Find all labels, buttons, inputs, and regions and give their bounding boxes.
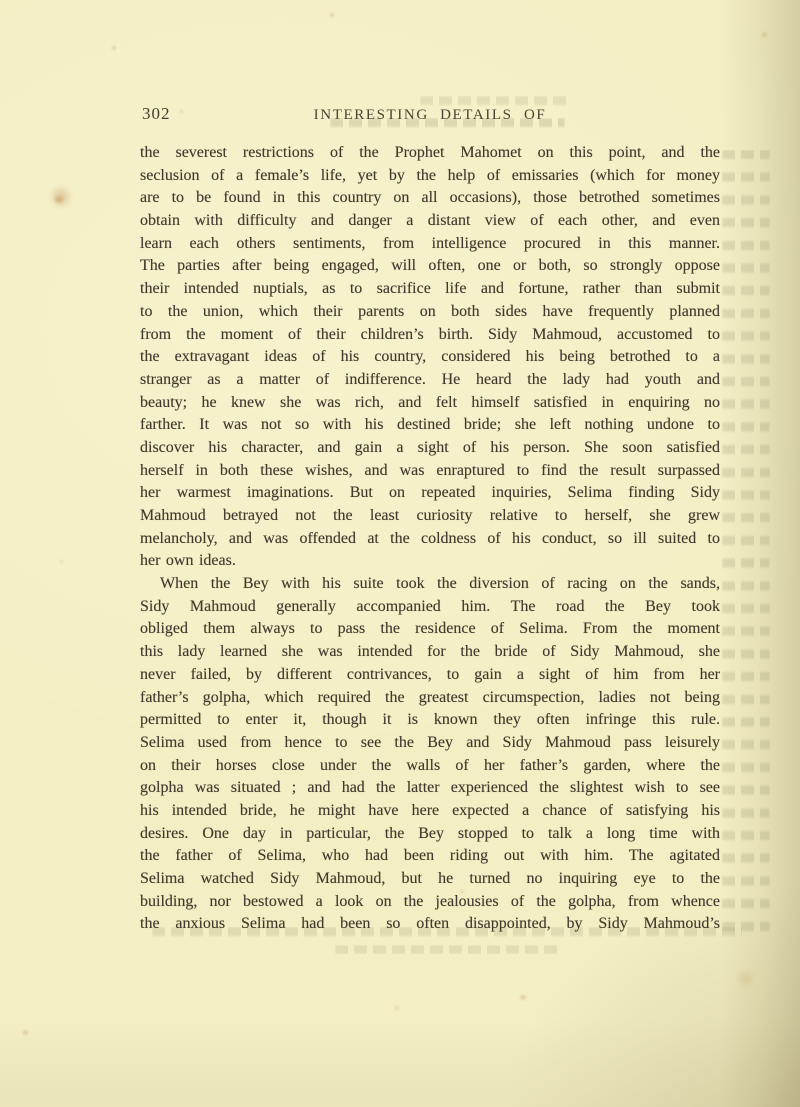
text-line: Selima watched Sidy Mahmoud, but he turn…: [140, 868, 720, 891]
bleed-through-text: [420, 96, 570, 106]
book-page: 302 INTERESTING DETAILS OF the severest …: [0, 0, 800, 1107]
foxing-spot: [112, 46, 116, 50]
foxing-spot: [60, 560, 63, 563]
text-line: learn each others sentiments, from intel…: [140, 233, 720, 256]
text-line: the extravagant ideas of his country, co…: [140, 346, 720, 369]
text-line: his intended bride, he might have here e…: [140, 800, 720, 823]
text-line: farther. It was not so with his destined…: [140, 414, 720, 437]
text-line: on their horses close under the walls of…: [140, 755, 720, 778]
text-line: permitted to enter it, though it is know…: [140, 709, 720, 732]
text-line: beauty; he knew she was rich, and felt h…: [140, 392, 720, 415]
text-line: obtain with difficulty and danger a dist…: [140, 210, 720, 233]
text-line: her own ideas.: [140, 550, 720, 573]
text-line: The parties after being engaged, will of…: [140, 255, 720, 278]
text-line: father’s golpha, which required the grea…: [140, 687, 720, 710]
text-line: building, nor bestowed a look on the jea…: [140, 891, 720, 914]
foxing-spot: [520, 995, 526, 1000]
text-line: the anxious Selima had been so often dis…: [140, 913, 720, 936]
text-line: herself in both these wishes, and was en…: [140, 460, 720, 483]
text-line: the severest restrictions of the Prophet…: [140, 142, 720, 165]
bleed-through-text: [722, 150, 770, 940]
text-line: obliged them always to pass the residenc…: [140, 618, 720, 641]
body-text: the severest restrictions of the Prophet…: [140, 142, 720, 936]
text-line: golpha was situated ; and had the latter…: [140, 777, 720, 800]
text-line: are to be found in this country on all o…: [140, 187, 720, 210]
foxing-spot: [23, 1030, 28, 1035]
running-header: INTERESTING DETAILS OF: [140, 107, 720, 124]
text-line: never failed, by different contrivances,…: [140, 664, 720, 687]
text-line: desires. One day in particular, the Bey …: [140, 823, 720, 846]
text-line: this lady learned she was intended for t…: [140, 641, 720, 664]
text-line: melancholy, and was offended at the cold…: [140, 528, 720, 551]
text-line: from the moment of their children’s birt…: [140, 324, 720, 347]
text-line: Sidy Mahmoud generally accompanied him. …: [140, 596, 720, 619]
text-line: her warmest imaginations. But on repeate…: [140, 482, 720, 505]
text-line: to the union, which their parents on bot…: [140, 301, 720, 324]
foxing-spot: [762, 32, 767, 37]
text-line: Selima used from hence to see the Bey an…: [140, 732, 720, 755]
text-line: their intended nuptials, as to sacrifice…: [140, 278, 720, 301]
text-line: discover his character, and gain a sight…: [140, 437, 720, 460]
text-line: seclusion of a female’s life, yet by the…: [140, 165, 720, 188]
foxing-spot: [55, 196, 63, 203]
text-line: stranger as a matter of indifference. He…: [140, 369, 720, 392]
text-line: the father of Selima, who had been ridin…: [140, 845, 720, 868]
foxing-spot: [395, 1006, 399, 1010]
foxing-spot: [735, 970, 757, 988]
text-line: Mahmoud betrayed not the least curiosity…: [140, 505, 720, 528]
bleed-through-text: [335, 945, 560, 954]
foxing-spot: [330, 13, 334, 17]
text-line: When the Bey with his suite took the div…: [140, 573, 720, 596]
